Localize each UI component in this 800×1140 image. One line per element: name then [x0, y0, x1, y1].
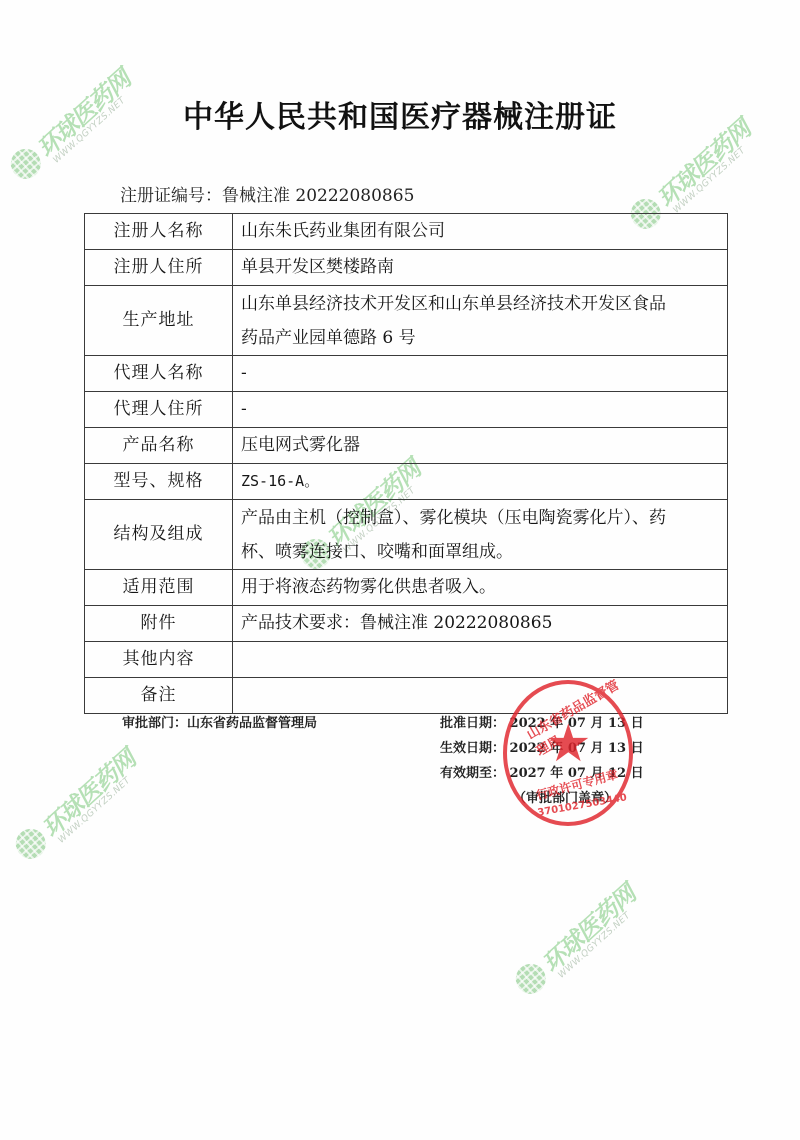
field-label: 代理人住所	[85, 392, 233, 428]
globe-logo-icon	[509, 957, 551, 999]
registration-number-value: 鲁械注准 20222080865	[222, 186, 414, 206]
field-label: 其他内容	[85, 642, 233, 678]
field-label: 结构及组成	[85, 500, 233, 570]
approving-authority: 审批部门：山东省药品监督管理局	[122, 712, 317, 731]
table-row: 备注	[85, 678, 728, 714]
field-value	[233, 642, 728, 678]
field-value: 山东单县经济技术开发区和山东单县经济技术开发区食品 药品产业园单德路 6 号	[233, 286, 728, 356]
field-value: 山东朱氏药业集团有限公司	[233, 214, 728, 250]
field-label: 附件	[85, 606, 233, 642]
field-label: 生产地址	[85, 286, 233, 356]
registration-number-label: 注册证编号：	[120, 186, 222, 206]
table-row: 其他内容	[85, 642, 728, 678]
globe-logo-icon	[9, 822, 51, 864]
seal-note: （审批部门盖章）	[440, 786, 644, 811]
field-label: 注册人住所	[85, 250, 233, 286]
field-value: 单县开发区樊楼路南	[233, 250, 728, 286]
field-value: -	[233, 356, 728, 392]
field-value: -	[233, 392, 728, 428]
field-label: 适用范围	[85, 570, 233, 606]
effective-date: 生效日期： 2022 年 07 月 13 日	[440, 736, 644, 761]
field-value: ZS-16-A。	[233, 464, 728, 500]
globe-logo-icon	[4, 142, 46, 184]
approval-date: 批准日期： 2022 年 07 月 13 日	[440, 711, 644, 736]
certificate-table: 注册人名称 山东朱氏药业集团有限公司 注册人住所 单县开发区樊楼路南 生产地址 …	[84, 213, 728, 714]
field-label: 型号、规格	[85, 464, 233, 500]
table-row: 结构及组成 产品由主机（控制盒）、雾化模块（压电陶瓷雾化片）、药 杯、喷雾连接口…	[85, 500, 728, 570]
field-value: 产品由主机（控制盒）、雾化模块（压电陶瓷雾化片）、药 杯、喷雾连接口、咬嘴和面罩…	[233, 500, 728, 570]
registration-number: 注册证编号：鲁械注准 20222080865	[120, 181, 414, 206]
field-value	[233, 678, 728, 714]
table-row: 生产地址 山东单县经济技术开发区和山东单县经济技术开发区食品 药品产业园单德路 …	[85, 286, 728, 356]
field-value: 产品技术要求：鲁械注准 20222080865	[233, 606, 728, 642]
expiry-date: 有效期至： 2027 年 07 月 12 日	[440, 761, 644, 786]
table-row: 适用范围 用于将液态药物雾化供患者吸入。	[85, 570, 728, 606]
watermark: 环球医药网 WWW.QGYYZS.NET	[8, 741, 146, 871]
field-label: 产品名称	[85, 428, 233, 464]
certificate-page: 环球医药网 WWW.QGYYZS.NET 环球医药网 WWW.QGYYZS.NE…	[0, 0, 800, 1140]
field-label: 代理人名称	[85, 356, 233, 392]
document-title: 中华人民共和国医疗器械注册证	[0, 92, 800, 136]
table-row: 注册人名称 山东朱氏药业集团有限公司	[85, 214, 728, 250]
field-label: 备注	[85, 678, 233, 714]
field-value: 压电网式雾化器	[233, 428, 728, 464]
field-value: 用于将液态药物雾化供患者吸入。	[233, 570, 728, 606]
table-row: 产品名称 压电网式雾化器	[85, 428, 728, 464]
table-row: 附件 产品技术要求：鲁械注准 20222080865	[85, 606, 728, 642]
table-row: 代理人名称 -	[85, 356, 728, 392]
watermark: 环球医药网 WWW.QGYYZS.NET	[508, 876, 646, 1006]
table-row: 型号、规格 ZS-16-A。	[85, 464, 728, 500]
table-row: 注册人住所 单县开发区樊楼路南	[85, 250, 728, 286]
dates-block: 批准日期： 2022 年 07 月 13 日 生效日期： 2022 年 07 月…	[440, 711, 644, 811]
field-label: 注册人名称	[85, 214, 233, 250]
table-row: 代理人住所 -	[85, 392, 728, 428]
